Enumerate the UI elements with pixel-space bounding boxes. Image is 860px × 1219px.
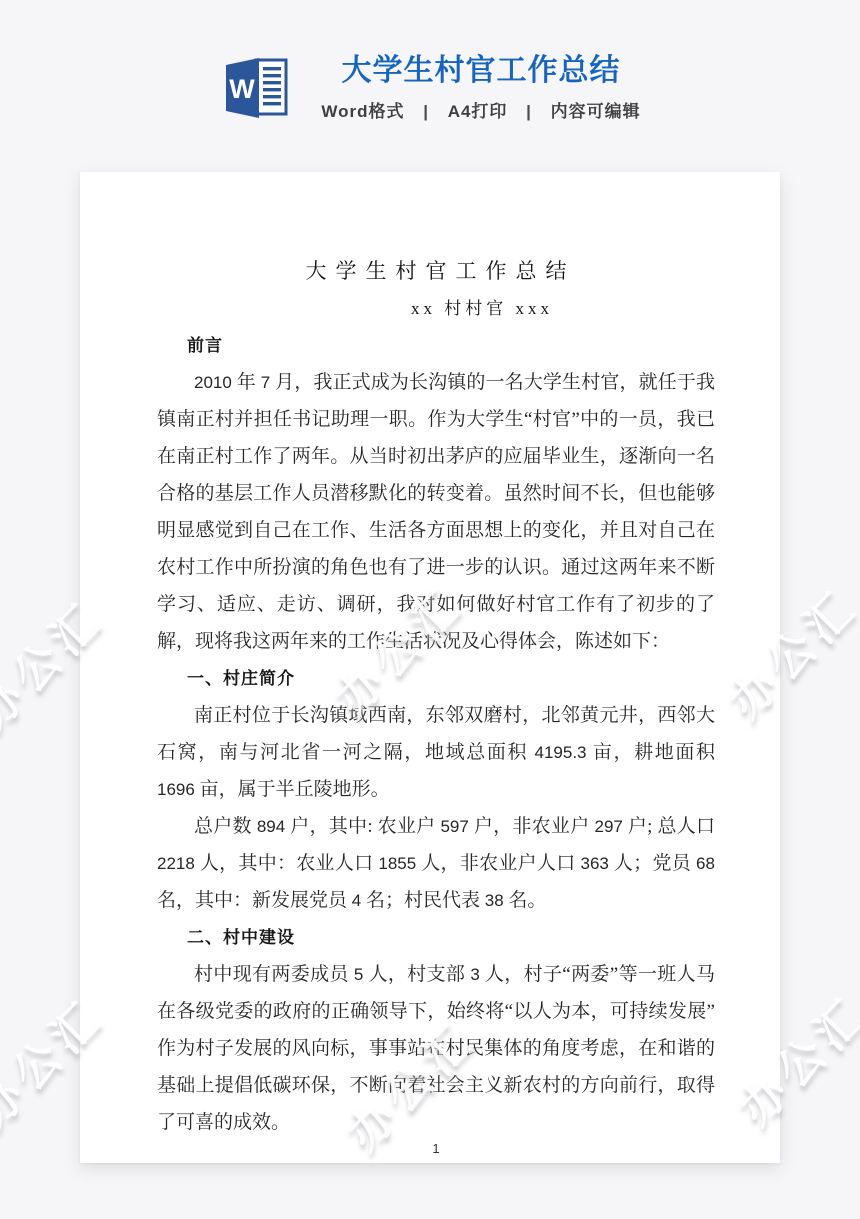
document-paragraph: 村中现有两委成员 5 人，村支部 3 人，村子“两委”等一班人马在各级党委的政府… xyxy=(157,956,715,1141)
meta-a4-print: A4打印 xyxy=(448,102,508,121)
meta-separator: | xyxy=(526,102,532,121)
document-paragraph: 南正村位于长沟镇域西南，东邻双磨村，北邻黄元井，西邻大石窝，南与河北省一河之隔，… xyxy=(157,697,715,808)
meta-separator: | xyxy=(423,102,429,121)
document-author-line: xx 村村官 xxx xyxy=(203,290,761,327)
word-icon: W xyxy=(219,56,293,120)
inline-number: 363 xyxy=(581,854,609,873)
inline-number: 2010 xyxy=(194,373,232,392)
header: W 大学生村官工作总结 Word格式 | A4打印 | 内容可编辑 xyxy=(0,0,860,122)
header-text: 大学生村官工作总结 Word格式 | A4打印 | 内容可编辑 xyxy=(321,54,640,122)
page-background: W 大学生村官工作总结 Word格式 | A4打印 | 内容可编辑 大学生村官工… xyxy=(0,0,860,1163)
inline-number: 2218 xyxy=(157,854,195,873)
section-heading-0: 前言 xyxy=(157,327,715,364)
file-format-info: Word格式 | A4打印 | 内容可编辑 xyxy=(321,97,640,122)
meta-editable: 内容可编辑 xyxy=(551,102,641,121)
inline-number: 297 xyxy=(595,817,623,836)
document-paragraph: 总户数 894 户，其中: 农业户 597 户，非农业户 297 户; 总人口 … xyxy=(157,808,715,919)
svg-text:W: W xyxy=(230,74,256,104)
page-title-link[interactable]: 大学生村官工作总结 xyxy=(341,54,620,88)
inline-number: 5 xyxy=(354,965,363,984)
page-number: 1 xyxy=(157,1140,715,1158)
document-page: 大学生村官工作总结 xx 村村官 xxx 前言2010 年 7 月，我正式成为长… xyxy=(80,172,780,1163)
inline-number: 7 xyxy=(261,373,270,392)
inline-number: 4195.3 xyxy=(535,743,587,762)
document-paragraph: 2010 年 7 月，我正式成为长沟镇的一名大学生村官，就任于我镇南正村并担任书… xyxy=(157,364,715,660)
inline-number: 4 xyxy=(352,891,361,910)
inline-number: 38 xyxy=(485,891,504,910)
inline-number: 1855 xyxy=(378,854,416,873)
inline-number: 3 xyxy=(470,965,479,984)
meta-word-format: Word格式 xyxy=(321,102,404,121)
document-title: 大学生村官工作总结 xyxy=(157,253,715,290)
inline-number: 597 xyxy=(440,817,468,836)
inline-number: 894 xyxy=(257,817,285,836)
inline-number: 68 xyxy=(696,854,715,873)
inline-number: 1696 xyxy=(157,780,195,799)
section-heading-1: 一、村庄简介 xyxy=(157,660,715,697)
section-heading-2: 二、村中建设 xyxy=(157,919,715,956)
document-body: 前言2010 年 7 月，我正式成为长沟镇的一名大学生村官，就任于我镇南正村并担… xyxy=(157,327,715,1141)
